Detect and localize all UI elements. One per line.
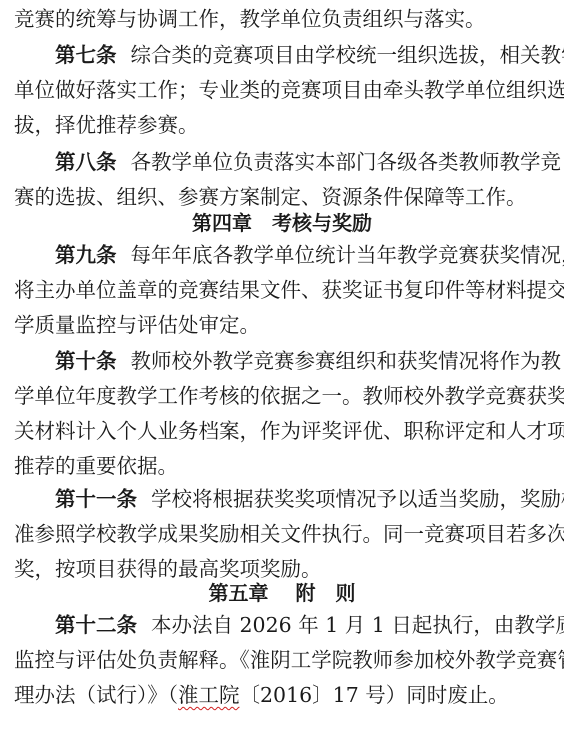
article-text: 综合类的竞赛项目由学校统一组织选拔，相关教学 [131, 43, 564, 67]
article-7-line-2: 单位做好落实工作；专业类的竞赛项目由牵头教学单位组织选 [14, 75, 545, 105]
article-12-line-2: 监控与评估处负责解释。《淮阴工学院教师参加校外教学竞赛管 [14, 645, 545, 675]
text-line: 竞赛的统筹与协调工作，教学单位负责组织与落实。 [14, 4, 545, 34]
article-label: 第七条 [55, 43, 117, 67]
article-text: 学校将根据获奖奖项情况予以适当奖励，奖励标 [151, 487, 564, 511]
text-fragment: 〔2016〕17 号）同时废止。 [240, 683, 509, 707]
article-10-line-4: 推荐的重要依据。 [14, 451, 545, 481]
article-12-line-3: 理办法（试行）》（淮工院〔2016〕17 号）同时废止。 [14, 680, 545, 710]
article-10-line-3: 关材料计入个人业务档案，作为评奖评优、职称评定和人才项目 [14, 416, 545, 446]
article-label: 第十二条 [55, 613, 137, 637]
article-10-line-1: 第十条教师校外教学竞赛参赛组织和获奖情况将作为教 [14, 346, 545, 376]
article-label: 第十条 [55, 349, 117, 373]
article-11-line-2: 准参照学校教学成果奖励相关文件执行。同一竞赛项目若多次获 [14, 519, 545, 549]
article-10-line-2: 学单位年度教学工作考核的依据之一。教师校外教学竞赛获奖有 [14, 381, 545, 411]
article-11-line-1: 第十一条学校将根据获奖奖项情况予以适当奖励，奖励标 [14, 484, 545, 514]
article-12-line-1: 第十二条本办法自 2026 年 1 月 1 日起执行，由教学质量 [14, 610, 545, 640]
article-text: 教师校外教学竞赛参赛组织和获奖情况将作为教 [131, 349, 562, 373]
article-7-line-1: 第七条综合类的竞赛项目由学校统一组织选拔，相关教学 [14, 40, 545, 70]
article-label: 第九条 [55, 243, 117, 267]
text-fragment: 理办法（试行）》（ [14, 683, 178, 707]
chapter-4-heading: 第四章 考核与奖励 [0, 208, 564, 238]
article-9-line-1: 第九条每年年底各教学单位统计当年教学竞赛获奖情况， [14, 240, 545, 270]
article-9-line-2: 将主办单位盖章的竞赛结果文件、获奖证书复印件等材料提交教 [14, 275, 545, 305]
article-text: 各教学单位负责落实本部门各级各类教师教学竞 [131, 150, 562, 174]
article-9-line-3: 学质量监控与评估处审定。 [14, 310, 545, 340]
spellcheck-flagged-text[interactable]: 淮工院 [178, 683, 240, 707]
article-7-line-3: 拔，择优推荐参赛。 [14, 110, 545, 140]
article-8-line-1: 第八条各教学单位负责落实本部门各级各类教师教学竞 [14, 147, 545, 177]
chapter-5-heading: 第五章 附 则 [0, 578, 564, 608]
article-text: 本办法自 2026 年 1 月 1 日起执行，由教学质量 [151, 613, 564, 637]
article-label: 第十一条 [55, 487, 137, 511]
article-text: 每年年底各教学单位统计当年教学竞赛获奖情况， [131, 243, 564, 267]
article-label: 第八条 [55, 150, 117, 174]
